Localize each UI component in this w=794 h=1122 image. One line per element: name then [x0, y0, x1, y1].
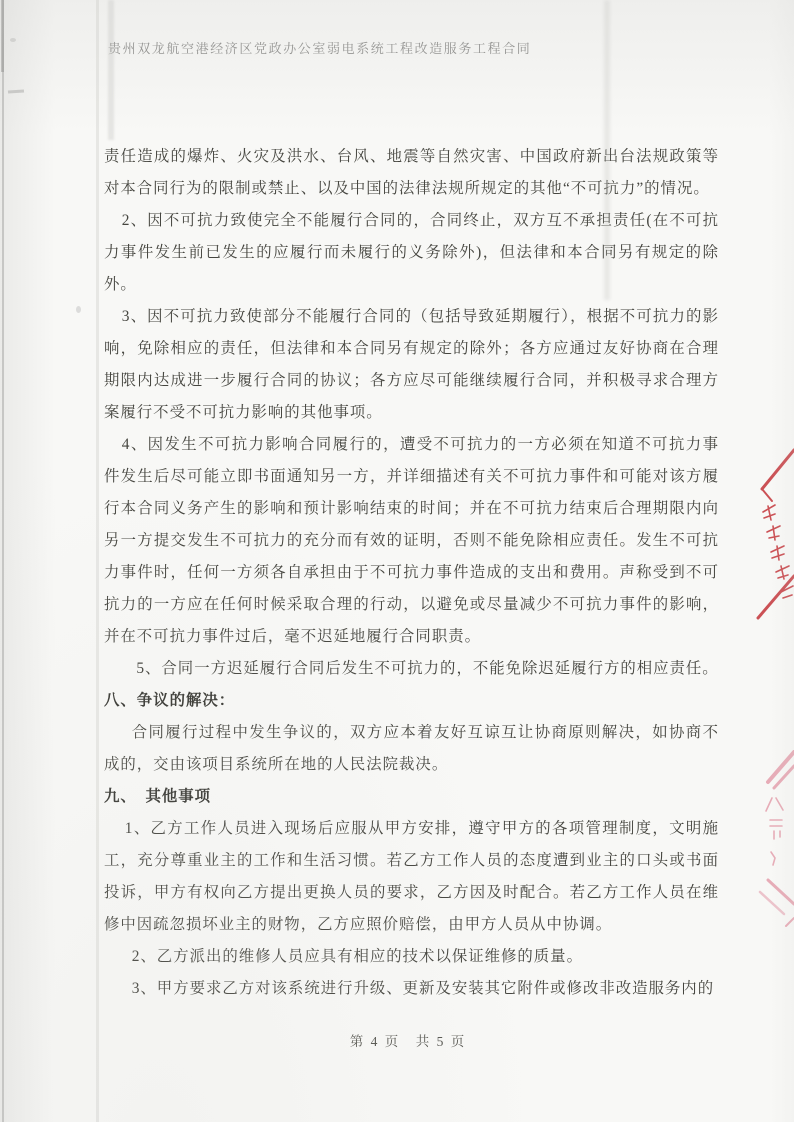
scan-streak: [108, 0, 114, 140]
section-8-heading: 八、争议的解决：: [104, 685, 719, 717]
page-number-footer: 第 4 页 共 5 页: [0, 1030, 794, 1050]
paragraph-clause-4: 4、因发生不可抗力影响合同履行的，遭受不可抗力的一方必须在知道不可抗力事件发生后…: [104, 429, 719, 653]
red-seal-fragment-lower-icon: [744, 750, 794, 932]
scanned-contract-page: 贵州双龙航空港经济区党政办公室弱电系统工程改造服务工程合同 责任造成的爆炸、火灾…: [0, 0, 794, 1122]
section-9-heading: 九、 其他事项: [104, 781, 719, 813]
paragraph-dispute-resolution: 合同履行过程中发生争议的，双方应本着友好互谅互让协商原则解决，如协商不成的，交由…: [104, 717, 719, 781]
red-seal-fragment-upper-icon: [750, 446, 794, 621]
paragraph-force-majeure-continuation: 责任造成的爆炸、火灾及洪水、台风、地震等自然灾害、中国政府新出台法规政策等对本合…: [104, 141, 719, 205]
contract-body: 责任造成的爆炸、火灾及洪水、台风、地震等自然灾害、中国政府新出台法规政策等对本合…: [104, 141, 719, 1005]
paragraph-other-item-2: 2、乙方派出的维修人员应具有相应的技术以保证维修的质量。: [104, 941, 719, 973]
paragraph-clause-3: 3、因不可抗力致使部分不能履行合同的（包括导致延期履行），根据不可抗力的影响，免…: [104, 301, 719, 429]
scan-speck: [76, 306, 81, 313]
scan-speck: [10, 38, 16, 42]
scan-edge-shadow: [1, 0, 4, 72]
paragraph-other-item-3: 3、甲方要求乙方对该系统进行升级、更新及安装其它附件或修改非改造服务内的: [104, 973, 719, 1005]
document-header-title: 贵州双龙航空港经济区党政办公室弱电系统工程改造服务工程合同: [108, 38, 531, 57]
scan-edge-line: [2, 0, 4, 1122]
scan-streak: [96, 0, 99, 1122]
scan-mark: [8, 89, 24, 93]
paragraph-clause-2: 2、因不可抗力致使完全不能履行合同的，合同终止，双方互不承担责任(在不可抗力事件…: [104, 205, 719, 301]
paragraph-other-item-1: 1、乙方工作人员进入现场后应服从甲方安排，遵守甲方的各项管理制度，文明施工，充分…: [104, 813, 719, 941]
paragraph-clause-5: 5、合同一方迟延履行合同后发生不可抗力的，不能免除迟延履行方的相应责任。: [104, 653, 719, 685]
